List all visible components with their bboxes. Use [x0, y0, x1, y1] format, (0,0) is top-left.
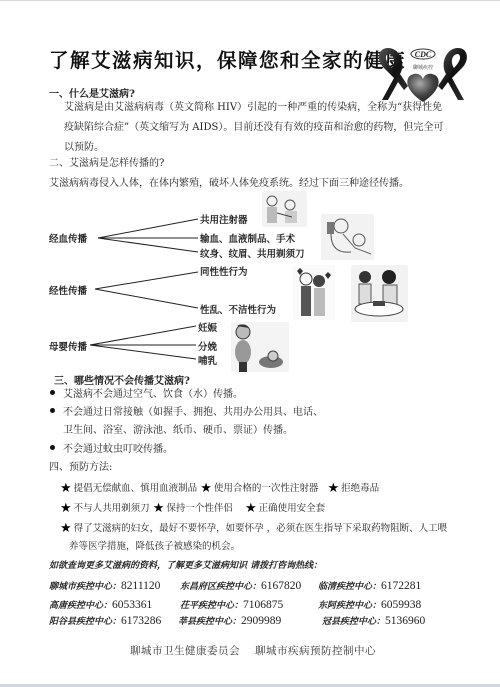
section3-bullet-1: 艾滋病不会通过空气、饮食（水）传播。 [50, 385, 243, 405]
route-sexual-label: 经性传播 [49, 283, 87, 297]
section3-bullet-3: 不会通过蚊虫叮咬传播。 [50, 440, 173, 460]
prevention-row-3: ★得了艾滋病的妇女，最好不要怀孕，如要怀孕 ，必须在医生指导下采取药物阻断、人工… [60, 518, 447, 539]
section4-heading: 四、预防方法: [49, 458, 112, 478]
prevention-row-3-cont: 养等医学措施，降低孩子被感染的机会。 [69, 537, 240, 557]
bullet-dot-icon [50, 408, 55, 413]
star-icon: ★ [200, 481, 212, 496]
route-blood-label: 经血传播 [49, 231, 87, 245]
route-blood-item-1: 共用注射器 [200, 212, 248, 226]
bullet-dot-icon [50, 390, 55, 395]
hotline-entry: 莘县疾控中心：2909989 [178, 609, 281, 628]
blood-transfusion-illustration [321, 214, 374, 260]
star-icon: ★ [245, 501, 257, 516]
couple-dining-illustration [351, 265, 408, 322]
route-mother-item-1: 妊娠 [198, 320, 217, 334]
bullet-dot-icon [50, 445, 55, 450]
hotline-row-1: 聊城市疾控中心：8211120 [49, 574, 160, 593]
prevention-row-1: ★提倡无偿献血、慎用血液制品 ★使用合格的一次性注射器 ★拒绝毒品 [60, 478, 379, 499]
pregnant-mother-baby-illustration [231, 322, 289, 372]
route-mother-infant-label: 母婴传播 [49, 339, 87, 353]
couple-illustration [293, 265, 335, 320]
footer-org-2: 聊城市疾病预防控制中心 [255, 643, 376, 658]
star-icon: ★ [60, 521, 72, 536]
hotline-entry: 临清疾控中心：6172281 [318, 574, 421, 593]
route-mother-item-2: 分娩 [198, 339, 217, 353]
star-icon: ★ [153, 501, 165, 516]
hotline-intro: 如欲查询更多艾滋病的资料，了解更多艾滋病知识 请拨打咨询热线： [49, 558, 322, 571]
hotline-entry: 东昌府区疾控中心：6167820 [180, 574, 301, 593]
route-mother-item-3: 哺乳 [198, 353, 217, 367]
route-sexual-item-2: 性乱、不洁性行为 [200, 302, 276, 316]
star-icon: ★ [60, 481, 72, 496]
hotline-entry: 冠县疾控中心：5136960 [322, 609, 425, 628]
section3-bullet-2: 不会通过日常接触（如握手、拥抱、共用办公用具、电话、 [50, 403, 323, 423]
hotline-row-3: 阳谷县疾控中心：6173286 [49, 609, 161, 628]
route-sexual-item-1: 同性性行为 [200, 264, 248, 278]
star-icon: ★ [60, 501, 72, 516]
route-blood-item-2: 输血、血液制品、手术 [200, 231, 295, 245]
section3-bullet-2-cont: 卫生间、浴室、游泳池、纸币、硬币、票证）传播。 [63, 421, 293, 441]
route-blood-item-3: 纹身、纹眉、共用剃须刀 [200, 246, 305, 260]
footer-org-1: 聊城市卫生健康委员会 [130, 643, 240, 658]
star-icon: ★ [327, 481, 339, 496]
injection-sharing-illustration [262, 191, 307, 227]
prevention-row-2: ★不与人共用剃须刀 ★保持一个性伴侣 ★正确使用安全套 [60, 498, 325, 519]
